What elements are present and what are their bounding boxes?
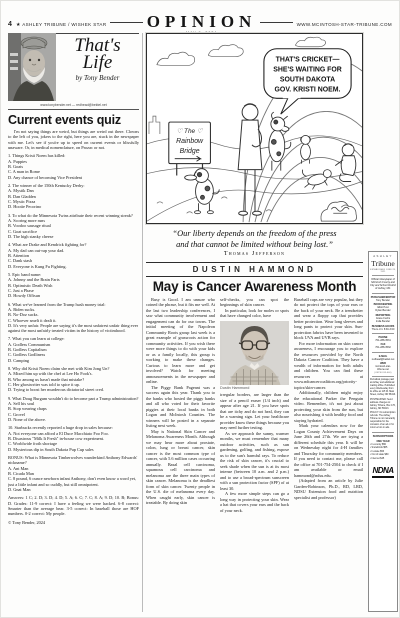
quiz-answers: Answers: 1 C; 2. D; 3. D; 4. D; 5. A; 6.… — [8, 495, 139, 516]
question-option: D. Mysterious dip in South Dakota Pup Cu… — [8, 447, 139, 452]
quiz-intro: I'm not saying things are weird, but thi… — [8, 129, 139, 150]
quiz-question-10: 10. Starbucks recently reported a huge d… — [8, 425, 139, 452]
article-paragraph: For more information on skin cancer awar… — [294, 341, 363, 391]
subscriptions-title: SUBSCRIPTIONS — [370, 435, 396, 438]
svg-text:♡ The ♡: ♡ The ♡ — [176, 128, 203, 135]
masthead-left: 4 ★ ASHLEY TRIBUNE / WISHEK STAR — [8, 21, 106, 28]
divider — [372, 333, 394, 334]
postmaster-note: POSTMASTER: Send address changes to: Ash… — [370, 399, 396, 411]
hours-value: Thurs.-Fri. 8:30-3:00 — [370, 328, 396, 331]
rate-item: • Internet $45 — [370, 457, 396, 460]
question-option: D. Camping — [8, 358, 139, 363]
article-columns: Busy is Good. I am unsure who coined the… — [146, 297, 363, 613]
quote-line2: and that cannot be limited without being… — [146, 240, 363, 251]
question-option: D. None of the above. — [8, 417, 139, 422]
svg-text:SHE'S WAITING FOR: SHE'S WAITING FOR — [273, 67, 342, 74]
tony-bender-photo — [8, 33, 56, 101]
quiz-question-7: 7. What you can learn at college: A. God… — [8, 336, 139, 363]
question-option: D. It's very unfair. People are saying i… — [8, 323, 139, 334]
photo-caption: Dustin Hammond — [220, 386, 289, 391]
masthead-kicker: ASHLEY — [370, 254, 396, 258]
press-freedom-quote: “Our liberty depends on the freedom of t… — [146, 229, 363, 259]
quiz-question-9: 9. What Doug Burgum wouldn't do to becom… — [8, 396, 139, 423]
article-paragraph: In particular, look for moles or spots t… — [220, 308, 289, 319]
dustin-hammond-portrait — [220, 321, 289, 385]
website-url: WWW.MCINTOSH-STAR-TRIBUNE.COM — [297, 22, 392, 27]
masthead-name: Tribune — [370, 259, 396, 268]
subscription-rates: • In-county $50 • Snowbirds $55 • In-sta… — [370, 443, 396, 460]
columnist-name-header: DUSTIN HAMMOND — [146, 263, 363, 276]
column-title-line2: Life — [56, 54, 139, 71]
article-paragraph: May is National Skin Cancer and Melanoma… — [146, 429, 215, 506]
ndna-logo: NDNA — [372, 467, 393, 478]
email-value: redhead@bektel.net — [370, 358, 396, 361]
svg-text:THAT'S CRICKET—: THAT'S CRICKET— — [276, 57, 340, 64]
web-value: mcintosh-star-tribune.net — [370, 365, 396, 371]
question-option: D. Any chance of becoming Vice President — [8, 175, 139, 180]
article-headline: May is Cancer Awareness Month — [146, 279, 363, 294]
author-contact-line: www.tonybender.net — redhead@bektel.net — [8, 101, 139, 110]
reporter-name: India Bender — [370, 320, 396, 323]
quiz-question-2: 2. The winner of the 150th Kentucky Derb… — [8, 183, 139, 210]
question-option: D. Gnat Man — [8, 487, 139, 492]
quiz-question-6: 6. What we've learned from the Trump hus… — [8, 302, 139, 334]
quote-line1: “Our liberty depends on the freedom of t… — [146, 229, 363, 240]
question-option: D. Everyone is Kung Fu Fighting. — [8, 264, 139, 269]
masthead-info-box: ASHLEY Tribune ESTABLISHED JUNE 28, 1921… — [368, 251, 398, 612]
quiz-question-3: 3. To what do the Minnesota Twins attrib… — [8, 213, 139, 240]
svg-text:Bridge: Bridge — [180, 148, 200, 155]
header-rule-right — [260, 22, 292, 23]
phone-number: 701-288-3531 — [370, 339, 396, 342]
article-paragraph: Busy is Good. I am unsure who coined the… — [146, 297, 215, 385]
cartoon-drawing: ♡ The ♡ Rainbow Bridge — [147, 34, 362, 223]
svg-text:Rainbow: Rainbow — [176, 138, 204, 145]
article-paragraph: irregular borders, are larger than the s… — [220, 392, 289, 431]
thats-life-title-block: That's Life by Tony Bender — [56, 33, 139, 101]
column-byline: by Tony Bender — [56, 74, 139, 82]
editorial-cartoon: ♡ The ♡ Rainbow Bridge — [146, 33, 363, 224]
bookkeeping-name: Dylan Bender — [370, 309, 396, 312]
quiz-body: I'm not saying things are weird, but thi… — [8, 129, 139, 525]
article-paragraph: Baseball caps are very popular, but they… — [294, 297, 363, 341]
tony-bender-portrait — [8, 33, 56, 101]
question-option: D. Howdy Offisun — [8, 293, 139, 298]
header-rule-left — [110, 22, 142, 23]
svg-text:GOV. KRISTI NOEM.: GOV. KRISTI NOEM. — [275, 86, 341, 93]
divider — [372, 432, 394, 433]
article-col-2: self-checks, you can spot the beginnings… — [220, 297, 289, 613]
question-option: D. Trying to boost her murderous dictato… — [8, 387, 139, 392]
quiz-question-8: 8. Why did Kristi Noem claim she met wit… — [8, 366, 139, 393]
section-title: OPINION — [147, 13, 257, 30]
publisher-name: Tony Bender — [370, 299, 396, 302]
official-newspaper-note: Official Newspaper of McIntosh County an… — [370, 278, 396, 291]
quiz-question-5: 5. Epic band name: A. Johnny and the Bra… — [8, 272, 139, 299]
star-icon: ★ — [16, 22, 21, 28]
divider — [372, 275, 394, 276]
article-col-3: Baseball caps are very popular, but they… — [294, 297, 363, 613]
divider — [372, 293, 394, 294]
byline-rule-bottom — [146, 276, 363, 277]
thats-life-header: That's Life by Tony Bender — [8, 33, 139, 101]
section-header: OPINION MAY 8, 2024 — [147, 13, 257, 35]
page-number: 4 — [8, 21, 12, 28]
thats-life-column: That's Life by Tony Bender www.tonybende… — [8, 33, 139, 612]
article-paragraph: (Adapted from an article by Julie Garden… — [294, 478, 363, 500]
question-option: D. Hootie Pecorino — [8, 204, 139, 209]
divider — [372, 376, 394, 377]
masthead-established: ESTABLISHED JUNE 28, 1921 — [370, 269, 396, 273]
postage-note: Periodical postage paid at Ashley and ad… — [370, 379, 396, 397]
quote-attribution: Thomas Jefferson — [146, 251, 363, 259]
article-paragraph: As we approach the sunny, warmer months,… — [220, 431, 289, 492]
masthead-left-label: ASHLEY TRIBUNE / WISHEK STAR — [22, 22, 106, 27]
dustin-hammond-photo: Dustin Hammond — [220, 321, 289, 391]
center-column: ♡ The ♡ Rainbow Bridge — [146, 33, 363, 613]
article-paragraph: The Piggy Bank Pageant was a success aga… — [146, 385, 215, 429]
quiz-question-bonus: BONUS: What is Minnesota Timberwolves wu… — [8, 455, 139, 492]
usps-number: (USPS#033-640) — [370, 372, 396, 374]
question-option: D. The high stanky cheese — [8, 234, 139, 239]
question-option: C. 8 pound, 6 ounce newborn infant Antho… — [8, 476, 139, 487]
copyright-line: © Tony Bender, 2024 — [8, 520, 139, 525]
svg-text:SOUTH DAKOTA: SOUTH DAKOTA — [280, 76, 335, 83]
quiz-question-4: 4. What are Drake and Kendrick fighting … — [8, 242, 139, 269]
article-paragraph: Mark your calendars now for the Logan Co… — [294, 423, 363, 478]
quiz-question-1: 1. Things Kristi Noem has killed: A. Pup… — [8, 153, 139, 180]
article-paragraph: self-checks, you can spot the beginnings… — [220, 297, 289, 308]
article-paragraph: A few more simple steps can go a long wa… — [220, 491, 289, 513]
column-divider — [142, 33, 143, 612]
question-prompt: BONUS: What is Minnesota Timberwolves wu… — [8, 455, 139, 466]
quiz-headline: Current events quiz — [8, 113, 139, 127]
article-paragraph: Additionally, children might enjoy the e… — [294, 390, 363, 423]
policy-note: POLICY: No subscription refunds. The Ash… — [370, 412, 396, 430]
divider — [372, 352, 394, 353]
article-col-1: Busy is Good. I am unsure who coined the… — [146, 297, 215, 613]
fax-number: 701-288-3532 — [370, 346, 396, 349]
